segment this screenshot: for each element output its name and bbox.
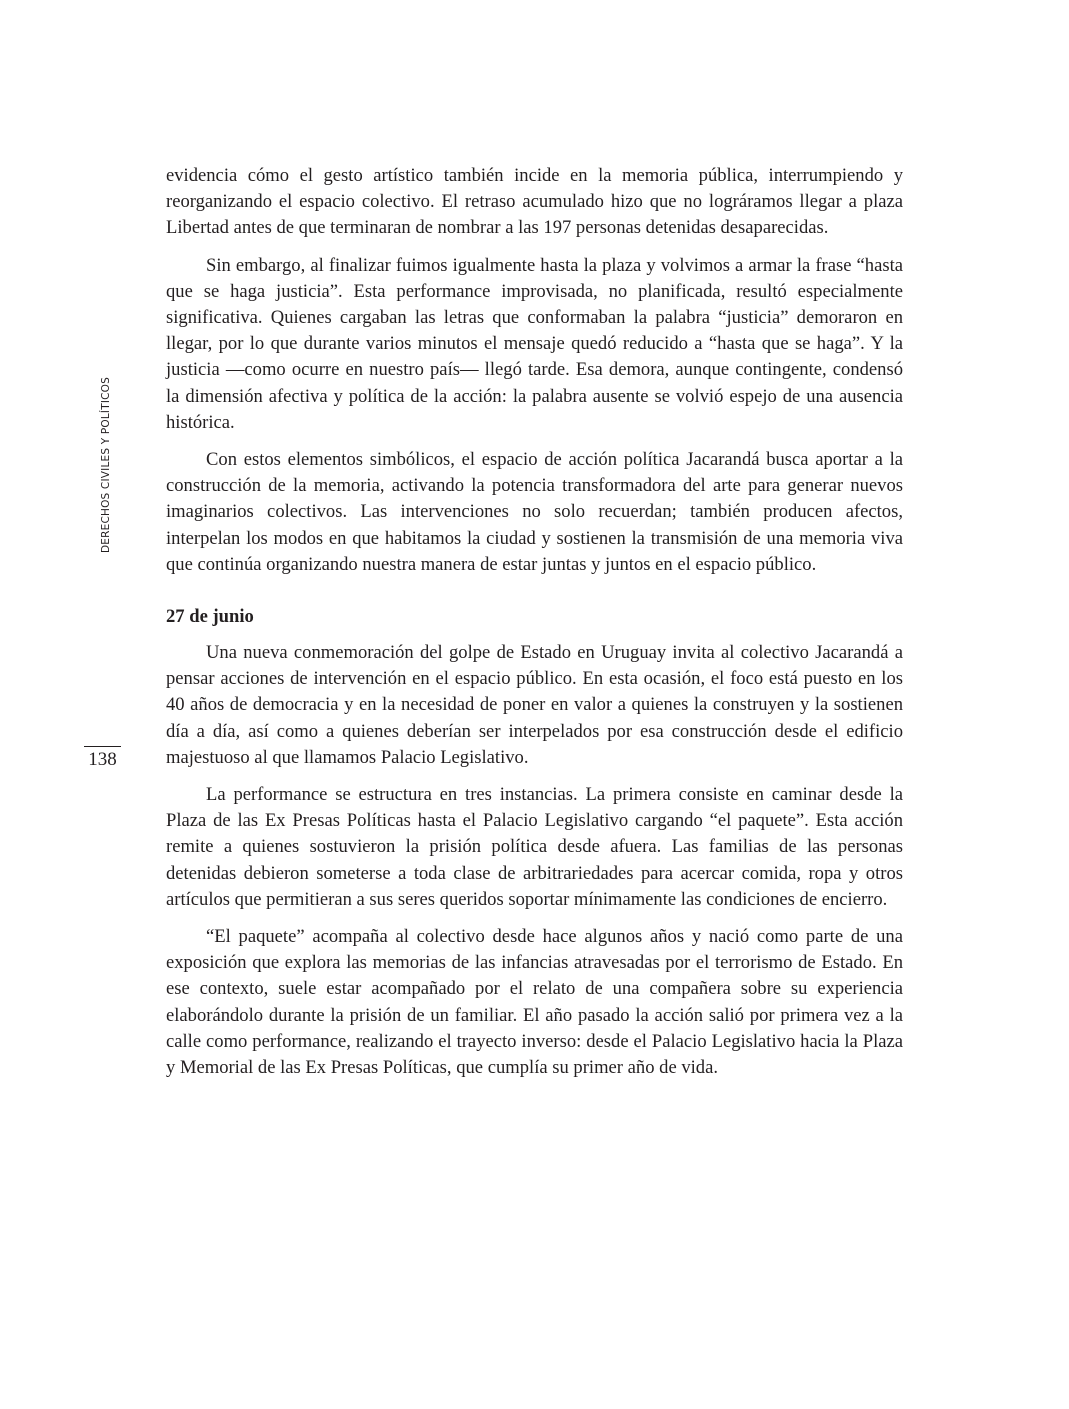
page-number-rule [84, 746, 121, 747]
body-text: evidencia cómo el gesto artístico tambié… [166, 163, 903, 1092]
section-heading: 27 de junio [166, 604, 903, 630]
book-page: DERECHOS CIVILES Y POLÍTICOS 138 evidenc… [0, 0, 1069, 1409]
paragraph: “El paquete” acompaña al colectivo desde… [166, 924, 903, 1081]
paragraph: La performance se estructura en tres ins… [166, 782, 903, 913]
page-number: 138 [84, 749, 121, 771]
paragraph: Con estos elementos simbólicos, el espac… [166, 447, 903, 578]
paragraph: Una nueva conmemoración del golpe de Est… [166, 640, 903, 771]
paragraph: Sin embargo, al finalizar fuimos igualme… [166, 253, 903, 436]
paragraph: evidencia cómo el gesto artístico tambié… [166, 163, 903, 242]
running-head: DERECHOS CIVILES Y POLÍTICOS [100, 377, 112, 553]
